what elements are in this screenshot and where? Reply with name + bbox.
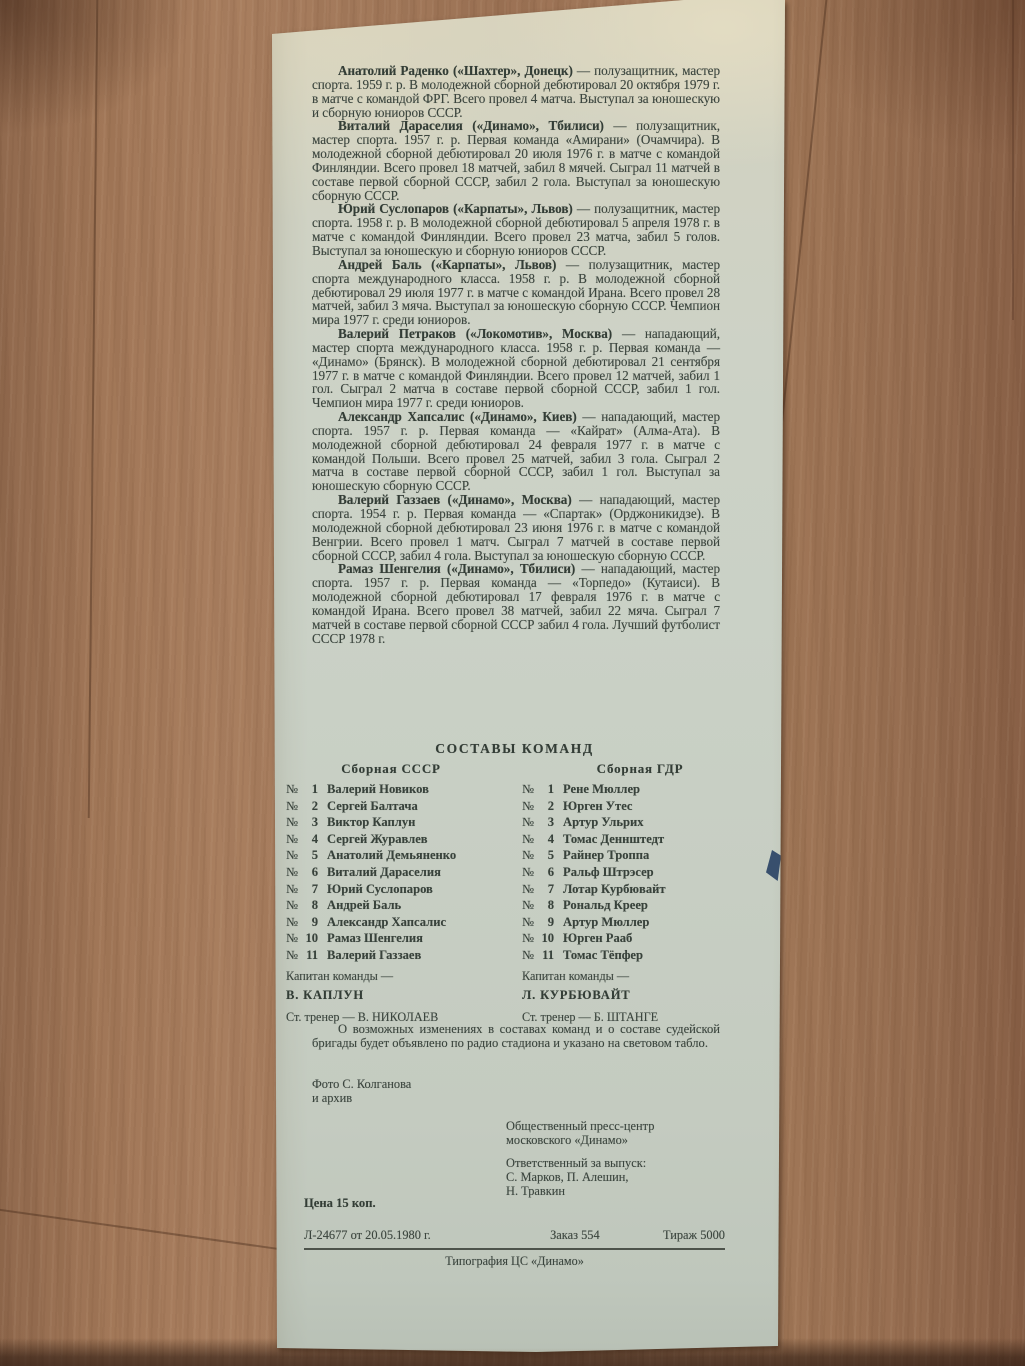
- captain-name: В. КАПЛУН: [286, 988, 522, 1003]
- bio-player-name: Рамаз Шенгелия («Динамо», Тбилиси): [338, 561, 575, 576]
- roster-row: №10Юрген Рааб: [522, 931, 758, 948]
- player-name: Рамаз Шенгелия: [327, 931, 423, 945]
- responsible-block: Ответственный за выпуск: С. Марков, П. А…: [506, 1157, 646, 1198]
- responsible-line: Н. Травкин: [506, 1185, 646, 1199]
- player-number: 9: [301, 915, 318, 930]
- imprint-license: Л-24677 от 20.05.1980 г.: [304, 1228, 431, 1243]
- player-number: 3: [301, 815, 318, 830]
- player-bio: Александр Хапсалис («Динамо», Киев) — на…: [312, 410, 720, 493]
- roster-row: №3Виктор Каплун: [286, 815, 522, 832]
- numero-sign: №: [522, 782, 534, 797]
- player-name: Юрген Рааб: [563, 931, 632, 945]
- roster-row: №9Александр Хапсалис: [286, 915, 522, 932]
- press-center-line: московского «Динамо»: [506, 1133, 654, 1147]
- player-number: 1: [301, 782, 318, 797]
- player-number: 5: [537, 848, 554, 863]
- player-number: 5: [301, 848, 318, 863]
- photo-credit-line: Фото С. Колганова: [312, 1078, 411, 1092]
- player-biographies: Анатолий Раденко («Шахтер», Донецк) — по…: [312, 64, 720, 645]
- responsible-line: Ответственный за выпуск:: [506, 1157, 646, 1171]
- numero-sign: №: [286, 865, 298, 880]
- player-name: Андрей Баль: [327, 898, 401, 912]
- player-number: 11: [301, 948, 318, 963]
- roster-row: №11Томас Тёпфер: [522, 948, 758, 965]
- numero-sign: №: [286, 882, 298, 897]
- roster-row: №6Виталий Дараселия: [286, 865, 522, 882]
- roster-row: №1Валерий Новиков: [286, 782, 522, 799]
- programme-page: Анатолий Раденко («Шахтер», Донецк) — по…: [266, 0, 798, 1360]
- player-number: 10: [537, 931, 554, 946]
- roster-row: №1Рене Мюллер: [522, 782, 758, 799]
- player-name: Виталий Дараселия: [327, 865, 441, 879]
- numero-sign: №: [286, 832, 298, 847]
- bio-player-name: Юрий Суслопаров («Карпаты», Львов): [338, 201, 573, 216]
- roster-row: №10Рамаз Шенгелия: [286, 931, 522, 948]
- numero-sign: №: [522, 799, 534, 814]
- player-bio: Андрей Баль («Карпаты», Львов) — полузащ…: [312, 258, 720, 327]
- roster-row: №8Рональд Креер: [522, 898, 758, 915]
- player-name: Артур Мюллер: [563, 915, 649, 929]
- player-name: Сергей Балтача: [327, 799, 418, 813]
- roster-row: №5Райнер Троппа: [522, 848, 758, 865]
- player-number: 3: [537, 815, 554, 830]
- player-name: Рене Мюллер: [563, 782, 640, 796]
- bio-player-name: Виталий Дараселия («Динамо», Тбилиси): [338, 118, 604, 133]
- player-name: Юрген Утес: [563, 799, 633, 813]
- substitution-notice: О возможных изменениях в составах команд…: [312, 1023, 720, 1051]
- player-name: Анатолий Демьяненко: [327, 848, 456, 862]
- numero-sign: №: [522, 882, 534, 897]
- numero-sign: №: [522, 865, 534, 880]
- player-number: 10: [301, 931, 318, 946]
- player-name: Томас Деннштедт: [563, 832, 664, 846]
- responsible-line: С. Марков, П. Алешин,: [506, 1171, 646, 1185]
- numero-sign: №: [522, 931, 534, 946]
- press-center-block: Общественный пресс-центр московского «Ди…: [506, 1119, 654, 1147]
- numero-sign: №: [522, 848, 534, 863]
- wood-plank-seam: [1012, 0, 1014, 320]
- player-bio: Валерий Газзаев («Динамо», Москва) — нап…: [312, 493, 720, 562]
- numero-sign: №: [522, 815, 534, 830]
- player-bio: Юрий Суслопаров («Карпаты», Львов) — пол…: [312, 202, 720, 257]
- divider-rule: [304, 1248, 725, 1250]
- player-name: Валерий Новиков: [327, 782, 429, 796]
- roster-row: №7Лотар Курбювайт: [522, 882, 758, 899]
- numero-sign: №: [522, 915, 534, 930]
- bio-player-name: Андрей Баль («Карпаты», Львов): [338, 257, 556, 272]
- team-header: Сборная ГДР: [522, 761, 758, 777]
- player-number: 4: [301, 832, 318, 847]
- team-column-ussr: Сборная СССР №1Валерий Новиков №2Сергей …: [286, 761, 522, 1025]
- roster-row: №2Юрген Утес: [522, 799, 758, 816]
- roster-row: №3Артур Ульрих: [522, 815, 758, 832]
- numero-sign: №: [522, 832, 534, 847]
- player-name: Томас Тёпфер: [563, 948, 643, 962]
- roster-row: №5Анатолий Демьяненко: [286, 848, 522, 865]
- player-number: 9: [537, 915, 554, 930]
- numero-sign: №: [286, 815, 298, 830]
- bio-player-name: Анатолий Раденко («Шахтер», Донецк): [338, 63, 573, 78]
- roster-row: №8Андрей Баль: [286, 898, 522, 915]
- numero-sign: №: [286, 799, 298, 814]
- player-number: 11: [537, 948, 554, 963]
- numero-sign: №: [286, 948, 298, 963]
- player-number: 4: [537, 832, 554, 847]
- player-bio: Виталий Дараселия («Динамо», Тбилиси) — …: [312, 119, 720, 202]
- player-name: Виктор Каплун: [327, 815, 415, 829]
- team-column-gdr: Сборная ГДР №1Рене Мюллер №2Юрген Утес №…: [522, 761, 758, 1025]
- numero-sign: №: [286, 931, 298, 946]
- player-number: 1: [537, 782, 554, 797]
- numero-sign: №: [286, 898, 298, 913]
- roster-row: №9Артур Мюллер: [522, 915, 758, 932]
- numero-sign: №: [286, 848, 298, 863]
- player-bio: Рамаз Шенгелия («Динамо», Тбилиси) — нап…: [312, 562, 720, 645]
- press-center-line: Общественный пресс-центр: [506, 1119, 654, 1133]
- blue-ink-stain: [766, 850, 781, 881]
- player-name: Сергей Журавлев: [327, 832, 428, 846]
- imprint-row: Л-24677 от 20.05.1980 г. Заказ 554 Тираж…: [304, 1228, 725, 1243]
- player-name: Райнер Троппа: [563, 848, 649, 862]
- captain-name: Л. КУРБЮВАЙТ: [522, 988, 758, 1003]
- lineups-section-title: СОСТАВЫ КОМАНД: [304, 741, 725, 757]
- player-number: 6: [537, 865, 554, 880]
- bio-player-name: Валерий Петраков («Локомотив», Москва): [338, 326, 612, 341]
- imprint-print-run: Тираж 5000: [663, 1228, 725, 1243]
- roster-row: №4Томас Деннштедт: [522, 832, 758, 849]
- bio-player-name: Валерий Газзаев («Динамо», Москва): [338, 492, 572, 507]
- roster-row: №6Ральф Штрэсер: [522, 865, 758, 882]
- player-name: Юрий Суслопаров: [327, 882, 433, 896]
- player-bio: Анатолий Раденко («Шахтер», Донецк) — по…: [312, 64, 720, 119]
- bio-player-name: Александр Хапсалис («Динамо», Киев): [338, 409, 577, 424]
- player-name: Валерий Газзаев: [327, 948, 421, 962]
- roster-row: №2Сергей Балтача: [286, 799, 522, 816]
- roster-row: №4Сергей Журавлев: [286, 832, 522, 849]
- player-name: Лотар Курбювайт: [563, 882, 666, 896]
- numero-sign: №: [522, 948, 534, 963]
- player-number: 2: [537, 799, 554, 814]
- numero-sign: №: [286, 915, 298, 930]
- player-name: Артур Ульрих: [563, 815, 644, 829]
- captain-label: Капитан команды —: [522, 969, 758, 984]
- photo-of-programme-page: Анатолий Раденко («Шахтер», Донецк) — по…: [0, 0, 1025, 1366]
- player-number: 7: [537, 882, 554, 897]
- price-label: Цена 15 коп.: [304, 1196, 376, 1211]
- numero-sign: №: [522, 898, 534, 913]
- team-header: Сборная СССР: [286, 761, 522, 777]
- printer-line: Типография ЦС «Динамо»: [304, 1254, 725, 1269]
- photo-credit-line: и архив: [312, 1092, 411, 1106]
- roster-row: №7Юрий Суслопаров: [286, 882, 522, 899]
- player-number: 2: [301, 799, 318, 814]
- photo-credit: Фото С. Колганова и архив: [312, 1078, 411, 1105]
- roster-row: №11Валерий Газзаев: [286, 948, 522, 965]
- player-bio: Валерий Петраков («Локомотив», Москва) —…: [312, 327, 720, 410]
- player-name: Ральф Штрэсер: [563, 865, 654, 879]
- captain-label: Капитан команды —: [286, 969, 522, 984]
- player-number: 8: [537, 898, 554, 913]
- numero-sign: №: [286, 782, 298, 797]
- player-number: 6: [301, 865, 318, 880]
- player-number: 8: [301, 898, 318, 913]
- player-name: Рональд Креер: [563, 898, 648, 912]
- team-lineups: Сборная СССР №1Валерий Новиков №2Сергей …: [286, 761, 758, 1025]
- paper-sheet: Анатолий Раденко («Шахтер», Донецк) — по…: [266, 0, 798, 1360]
- player-name: Александр Хапсалис: [327, 915, 446, 929]
- player-number: 7: [301, 882, 318, 897]
- imprint-order: Заказ 554: [550, 1228, 600, 1243]
